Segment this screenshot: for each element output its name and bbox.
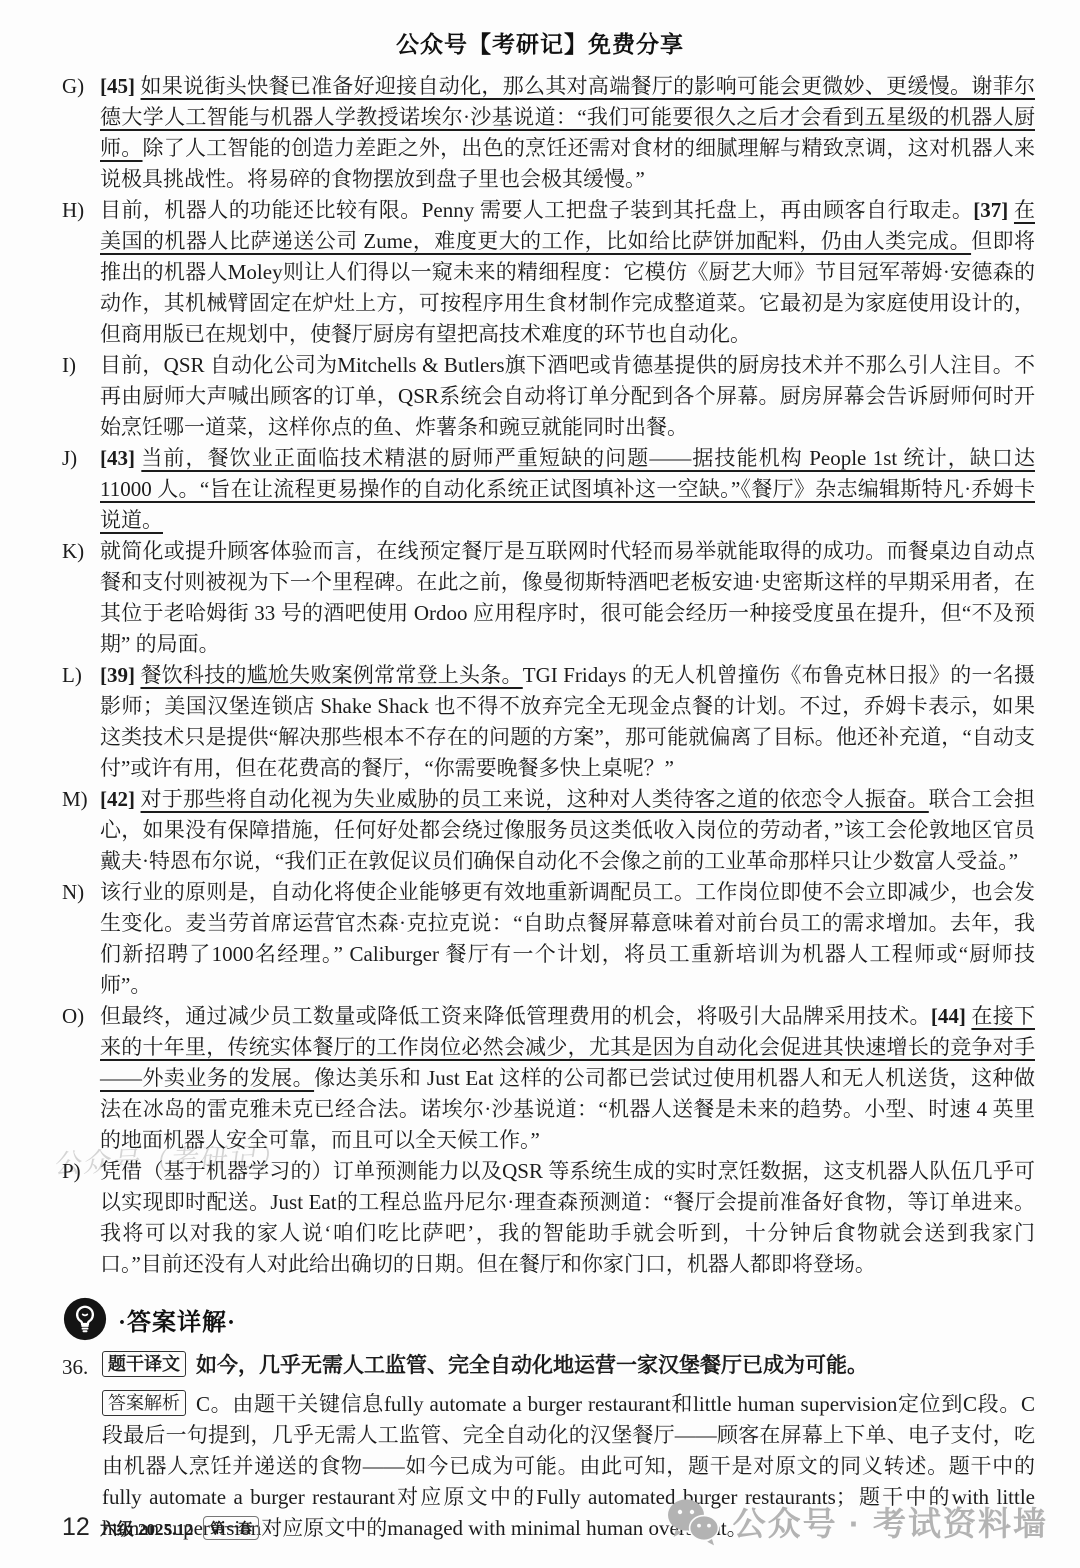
paragraph: M)[42] 对于那些将自动化视为失业威胁的员工来说，这种对人类待客之道的依恋令… (62, 784, 1035, 877)
paragraph: N)该行业的原则是，自动化将使企业能够更有效地重新调配员工。工作岗位即使不会立即… (62, 877, 1035, 1001)
footer: 12 六级 2025.12 第一套 (62, 1513, 259, 1542)
paragraph-text: 目前，机器人的功能还比较有限。Penny 需要人工把盘子装到其托盘上，再由顾客自… (100, 198, 1035, 346)
paragraph-label: J) (62, 443, 77, 474)
paragraph: J)[43] 当前，餐饮业正面临技术精湛的厨师严重短缺的问题——据技能机构 Pe… (62, 443, 1035, 536)
paragraph-label: O) (62, 1001, 84, 1032)
paragraph-label: N) (62, 877, 84, 908)
answer-number: 36. (62, 1352, 88, 1383)
answer-section-header: ·答案详解· (62, 1296, 1035, 1342)
paragraph-label: G) (62, 71, 84, 102)
top-watermark: 公众号【考研记】免费分享 (0, 26, 1080, 59)
page-number: 12 (62, 1513, 90, 1542)
bottom-watermark-text: 公众号 · 考试资料墙 (733, 1498, 1048, 1545)
paragraph: P)凭借（基于机器学习的）订单预测能力以及QSR 等系统生成的实时烹饪数据，这支… (62, 1156, 1035, 1280)
answer-section-title: ·答案详解· (118, 1302, 236, 1337)
set-label: 第一套 (203, 1516, 259, 1540)
paragraph-label: I) (62, 350, 76, 381)
bottom-watermark: 公众号 · 考试资料墙 (665, 1496, 1048, 1546)
paragraph-text: 但最终，通过减少员工数量或降低工资来降低管理费用的机会，将吸引大品牌采用技术。[… (100, 1004, 1035, 1152)
translation-tag: 题干译文 (102, 1351, 186, 1377)
paragraph-text: [45] 如果说街头快餐已准备好迎接自动化，那么其对高端餐厅的影响可能会更微妙、… (100, 74, 1035, 191)
analysis-tag: 答案解析 (102, 1390, 186, 1416)
paragraph: H)目前，机器人的功能还比较有限。Penny 需要人工把盘子装到其托盘上，再由顾… (62, 195, 1035, 350)
paragraph: K)就简化或提升顾客体验而言，在线预定餐厅是互联网时代轻而易举就能取得的成功。而… (62, 536, 1035, 660)
lightbulb-icon (62, 1296, 108, 1342)
paragraph-list: G)[45] 如果说街头快餐已准备好迎接自动化，那么其对高端餐厅的影响可能会更微… (62, 71, 1035, 1280)
paragraph-text: 目前，QSR 自动化公司为Mitchells & Butlers旗下酒吧或肯德基… (100, 353, 1035, 439)
paragraph: G)[45] 如果说街头快餐已准备好迎接自动化，那么其对高端餐厅的影响可能会更微… (62, 71, 1035, 195)
paragraph-text: [42] 对于那些将自动化视为失业威胁的员工来说，这种对人类待客之道的依恋令人振… (100, 787, 1035, 873)
paragraph: L)[39] 餐饮科技的尴尬失败案例常常登上头条。TGI Fridays 的无人… (62, 660, 1035, 784)
paragraph: I)目前，QSR 自动化公司为Mitchells & Butlers旗下酒吧或肯… (62, 350, 1035, 443)
page: { "header": { "watermark": "公众号【考研记】免费分享… (0, 0, 1080, 1568)
paragraph: O)但最终，通过减少员工数量或降低工资来降低管理费用的机会，将吸引大品牌采用技术… (62, 1001, 1035, 1156)
wechat-icon (665, 1496, 721, 1546)
paragraph-text: [43] 当前，餐饮业正面临技术精湛的厨师严重短缺的问题——据技能机构 Peop… (100, 446, 1035, 532)
paragraph-text: 该行业的原则是，自动化将使企业能够更有效地重新调配员工。工作岗位即使不会立即减少… (100, 880, 1035, 997)
paragraph-label: P) (62, 1156, 81, 1187)
paragraph-text: 就简化或提升顾客体验而言，在线预定餐厅是互联网时代轻而易举就能取得的成功。而餐桌… (100, 539, 1035, 656)
paragraph-label: K) (62, 536, 84, 567)
translation-text: 如今，几乎无需人工监管、完全自动化地运营一家汉堡餐厅已成为可能。 (196, 1353, 868, 1377)
translation-line: 题干译文如今，几乎无需人工监管、完全自动化地运营一家汉堡餐厅已成为可能。 (102, 1350, 1035, 1381)
paragraph-text: [39] 餐饮科技的尴尬失败案例常常登上头条。TGI Fridays 的无人机曾… (100, 663, 1035, 780)
paragraph-label: M) (62, 784, 88, 815)
paragraph-text: 凭借（基于机器学习的）订单预测能力以及QSR 等系统生成的实时烹饪数据，这支机器… (100, 1159, 1035, 1276)
paragraph-label: L) (62, 660, 82, 691)
exam-label: 六级 2025.12 (100, 1515, 194, 1540)
paragraph-label: H) (62, 195, 84, 226)
